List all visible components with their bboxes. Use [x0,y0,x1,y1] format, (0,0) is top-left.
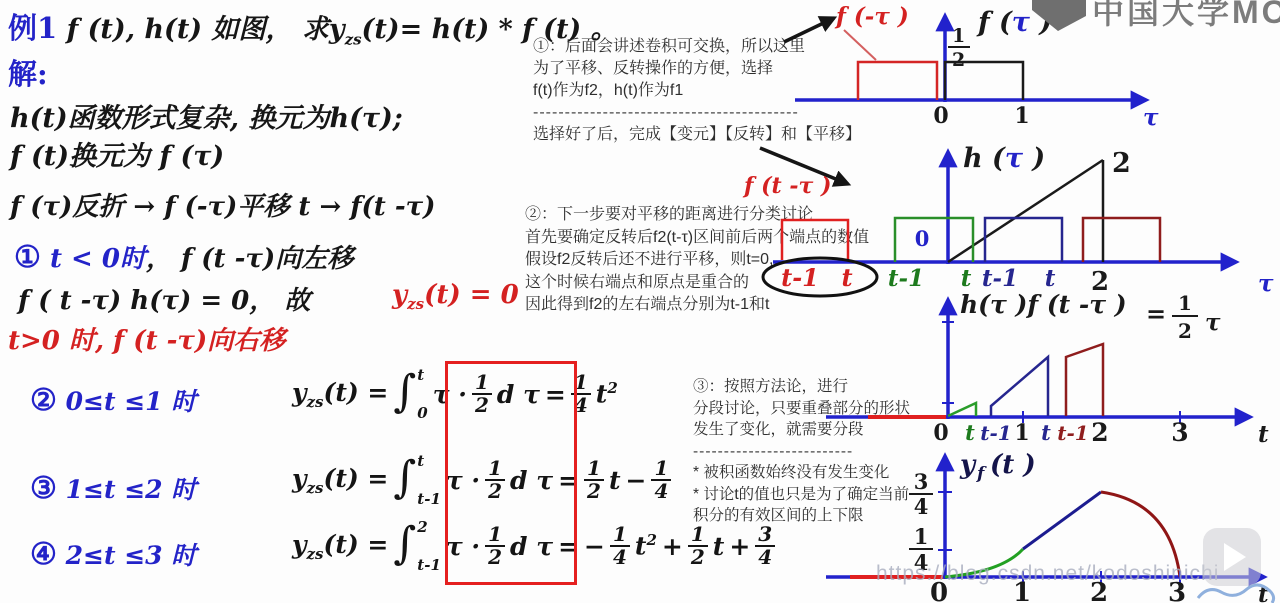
result-fraction-3: 34 [755,524,775,568]
yf-title-y: y [959,450,977,480]
yf-title-sub: f [976,464,987,484]
solution-label: 解: [8,52,48,93]
integrand-highlight-box [445,361,577,585]
tick-1: 1 [1014,420,1029,446]
overlap-darkred-trapezoid [1066,344,1103,416]
tau-symbol: τ [1205,309,1221,336]
peak-value-label: 2 [1112,148,1131,179]
annotation-2-line: 因此得到f2的左右端点分别为t-1和t [525,294,869,317]
tick-0: 0 [933,420,948,446]
annotation-1-line: 选择好了后，完成【变元】【反转】和【平移】 [533,124,861,146]
equals: = [1146,299,1166,328]
green-tm1-label: t-1 [888,265,924,292]
f-neg-tau-label: f (-τ ) [834,3,909,30]
scribble-watermark [1198,585,1274,603]
half-denominator: 2 [1178,319,1192,343]
case1-equation: f ( t -τ) h(τ) = 0， 故 [18,280,310,317]
case4-number: ④ [30,537,57,572]
blue-t-label: t [1045,265,1056,292]
annotation-3-line: 发生了变化，就需要分段 [693,419,910,441]
case3-condition-line: ③ 1≤t ≤2 时 [30,470,196,506]
f-tau-pulse [945,62,1023,100]
overlap-blue-trapezoid [991,357,1048,416]
pulse-green [895,218,973,262]
half-numerator: 1 [1178,291,1192,315]
tick-t-green: t [965,420,975,445]
case1-line: ① t < 0时， f (t -τ)向左移 [14,238,353,275]
yf-title-rest: (t ) [990,450,1036,480]
tick-tm1-blue: t-1 [980,421,1011,445]
tick-2: 2 [1091,267,1109,297]
x-axis-label: τ [1143,104,1159,131]
pulse-navy [985,218,1062,262]
segment-linear-blue [1023,492,1101,549]
annotation-1-line: f(t)作为f2，h(t)作为f1 [533,80,861,102]
arrow-to-h-graph [760,148,848,184]
case2-condition-line: ② 0≤t ≤1 时 [30,382,196,418]
yzs-lhs: yzs(t) = [292,378,388,411]
yzs-lhs: yzs(t) = [292,530,388,563]
example-tag: 例1 [8,11,57,45]
result-term: t [609,466,621,495]
yzs-lhs: yzs(t) = [292,464,388,497]
result-fraction-2: 14 [651,458,671,502]
integral-sign: ∫ [393,522,416,566]
tick-2: 2 [1091,418,1108,447]
case1b-line: t>0 时, f (t -τ)向右移 [8,320,285,357]
problem-statement-pre: f (t), h(t) 如图， 求 [57,14,329,45]
annotation-3: ③：按照方法论，进行 分段讨论，只要重叠部分的形状 发生了变化，就需要分段 --… [693,376,910,527]
result-term-1: t2 [635,531,657,560]
play-button[interactable] [1203,528,1261,586]
result-fraction-2: 12 [688,524,708,568]
annotation-1-separator: ----------------------------------------… [533,102,861,124]
annotation-1-line: 为了平移、反转操作的方便，选择 [533,58,861,80]
zero-label: 0 [915,226,930,251]
yzs-zero-result: yzs(t) = 0 [392,280,519,313]
annotation-2-line: 假设f2反转后还不进行平移，则t=0, [525,249,869,272]
case3-number: ③ [30,471,57,506]
mooc-logo-flag [1032,0,1086,31]
green-t-label: t [961,265,972,292]
mooc-watermark-text: 中国大学MOOC [1092,0,1280,33]
pulse-darkred [1083,218,1160,262]
blue-tm1-label: t-1 [982,265,1018,292]
half-numerator: 1 [952,25,965,47]
integral-sign: ∫ [393,456,416,500]
case1-condition: t < 0时 [41,244,146,274]
tick-1: 1 [1014,103,1029,129]
case4-condition: 2≤t ≤3 时 [66,541,197,570]
case1-rest: ， f (t -τ)向左移 [146,244,353,274]
step-line-3: f (τ)反折 → f (-τ)平移 t → f(t -τ) [10,186,435,223]
annotation-2-line: 这个时候右端点和原点是重合的 [525,272,869,295]
annotation-3-line: 积分的有效区间的上下限 [693,505,910,527]
yl-14-num: 1 [914,524,929,549]
annotation-3-line: ③：按照方法论，进行 [693,376,910,398]
case4-condition-line: ④ 2≤t ≤3 时 [30,536,196,572]
tick-0: 0 [933,103,948,129]
csdn-watermark: https://blog.csdn.net/kodoshinichi [876,562,1219,586]
title-line: 例1 f (t), h(t) 如图， 求yzs(t)= h(t) * f (t)… [8,6,618,48]
yzs-subscript: zs [345,30,362,48]
integral-limits: 2t-1 [417,518,441,574]
result-term: t2 [596,379,618,408]
h-ramp [948,160,1103,262]
annotation-3-separator: -------------------------- [693,441,910,463]
case2-condition: 0≤t ≤1 时 [66,387,197,416]
annotation-2-line: ②：下一步要对平移的距离进行分类讨论 [525,204,869,227]
f-shift-label: f (t -τ ) [742,173,831,199]
step-line-2: f (t)换元为 f (τ) [10,134,224,173]
integral-limits: tt-1 [417,452,441,508]
yl-34-den: 4 [914,494,929,519]
h-tau-title: h (τ ) [963,143,1045,174]
x-axis-label: t [1258,581,1269,603]
annotation-3-line: * 讨论t的值也只是为了确定当前 [693,484,910,506]
tick-tm1-darkred: t-1 [1057,421,1088,445]
f-neg-tau-pulse [858,62,937,100]
annotation-2-line: 首先要确定反转后f2(t-τ)区间前后两个端点的数值 [525,227,869,250]
yzs-symbol: y [329,14,345,45]
play-icon [1224,543,1246,571]
result-term-2: t [713,532,725,561]
half-denominator: 2 [952,49,965,71]
overlap-green-triangle [948,403,976,416]
annotation-1-line: ①：后面会讲述卷积可交换，所以这里 [533,36,861,58]
lecture-slide-frame: 例1 f (t), h(t) 如图， 求yzs(t)= h(t) * f (t)… [0,0,1280,603]
f-tau-title: f (τ ) [976,7,1052,38]
annotation-1: ①：后面会讲述卷积可交换，所以这里 为了平移、反转操作的方便，选择 f(t)作为… [533,36,861,146]
annotation-3-line: * 被积函数始终没有发生变化 [693,462,910,484]
tick-t-blue: t [1041,420,1051,445]
case3-condition: 1≤t ≤2 时 [66,475,197,504]
integral-sign: ∫ [393,370,416,414]
step-line-1: h(t)函数形式复杂, 换元为h(τ); [10,96,403,135]
annotation-3-line: 分段讨论，只要重叠部分的形状 [693,398,910,420]
product-title: h(τ )f (t -τ ) [960,290,1127,319]
result-fraction-1: 14 [610,524,630,568]
result-fraction-1: 12 [584,458,604,502]
integral-limits: t0 [417,366,427,422]
x-axis-label: τ [1258,270,1274,297]
tick-3: 3 [1171,418,1188,447]
case2-number: ② [30,383,57,418]
annotation-2: ②：下一步要对平移的距离进行分类讨论 首先要确定反转后f2(t-τ)区间前后两个… [525,204,869,317]
yl-34-num: 3 [914,469,929,494]
x-axis-label: t [1258,421,1269,448]
case1-number: ① [14,240,41,275]
